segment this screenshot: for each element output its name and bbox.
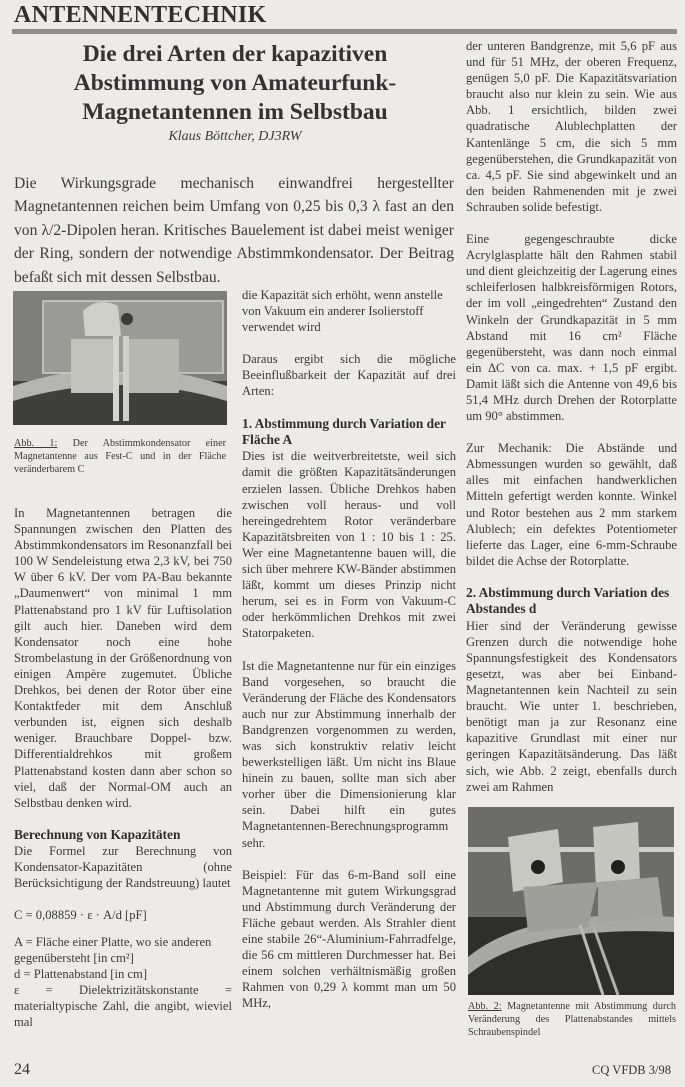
definition-epsilon: ε = Dielektrizitätskonstante = materialt…: [14, 982, 232, 1030]
paragraph: Ist die Magnetantenne nur für ein einzig…: [242, 658, 456, 851]
column-2: die Kapazität sich erhöht, wenn anstelle…: [242, 287, 456, 1011]
section-title: ANTENNENTECHNIK: [14, 2, 267, 29]
article-title: Die drei Arten der kapazitiven Abstimmun…: [30, 40, 440, 127]
paragraph: die Kapazität sich erhöht, wenn anstelle…: [242, 287, 456, 335]
definition-d: d = Plattenabstand [in cm]: [14, 966, 232, 982]
section-heading: 1. Abstimmung durch Variation der Fläche…: [242, 416, 456, 449]
paragraph: Daraus ergibt sich die mögliche Beeinflu…: [242, 351, 456, 399]
figure-2-label: Abb. 2:: [468, 1001, 502, 1012]
paragraph: Dies ist die weitverbreitetste, weil sic…: [242, 448, 456, 641]
title-line: Die drei Arten der kapazitiven: [30, 40, 440, 69]
header-rule: [12, 29, 677, 34]
title-line: Abstimmung von Amateurfunk-: [30, 69, 440, 98]
figure-1-caption: Abb. 1: Der Abstimmkondensator einer Mag…: [14, 437, 226, 476]
paragraph: Die Formel zur Berechnung von Kondensato…: [14, 843, 232, 891]
capacitance-formula: C = 0,08859 · ε · A/d [pF]: [14, 907, 232, 923]
paragraph: Hier sind der Veränderung gewisse Grenze…: [466, 618, 677, 795]
section-heading: 2. Abstimmung durch Variation des Abstan…: [466, 585, 677, 618]
page-number: 24: [14, 1061, 30, 1079]
figure-2-caption: Abb. 2: Magnetantenne mit Abstimmung dur…: [468, 1000, 676, 1039]
figure-2-photo: [468, 807, 674, 995]
title-line: Magnetantennen im Selbstbau: [30, 98, 440, 127]
lead-paragraph: Die Wirkungsgrade mechanisch einwandfrei…: [14, 172, 454, 289]
capacitor-photo-illustration: [13, 291, 227, 425]
paragraph: Zur Mechanik: Die Abstände und Abmessung…: [466, 440, 677, 569]
definition-a: A = Fläche einer Platte, wo sie anderen …: [14, 934, 232, 966]
paragraph: Beispiel: Für das 6-m-Band soll eine Mag…: [242, 867, 456, 1012]
magazine-issue: CQ VFDB 3/98: [592, 1063, 671, 1078]
spindle-capacitor-photo-illustration: [468, 807, 674, 995]
column-3: der unteren Bandgrenze, mit 5,6 pF aus u…: [466, 38, 677, 795]
column-1: In Magnetantennen betragen die Spannunge…: [14, 505, 232, 1030]
figure-1-photo: [13, 291, 227, 425]
paragraph: In Magnetantennen betragen die Spannunge…: [14, 505, 232, 811]
section-heading: Berechnung von Kapazitäten: [14, 827, 232, 843]
paragraph: der unteren Bandgrenze, mit 5,6 pF aus u…: [466, 38, 677, 215]
figure-1-label: Abb. 1:: [14, 438, 57, 449]
paragraph: Eine gegengeschraubte dicke Acrylglaspla…: [466, 231, 677, 424]
author-byline: Klaus Böttcher, DJ3RW: [30, 129, 440, 145]
